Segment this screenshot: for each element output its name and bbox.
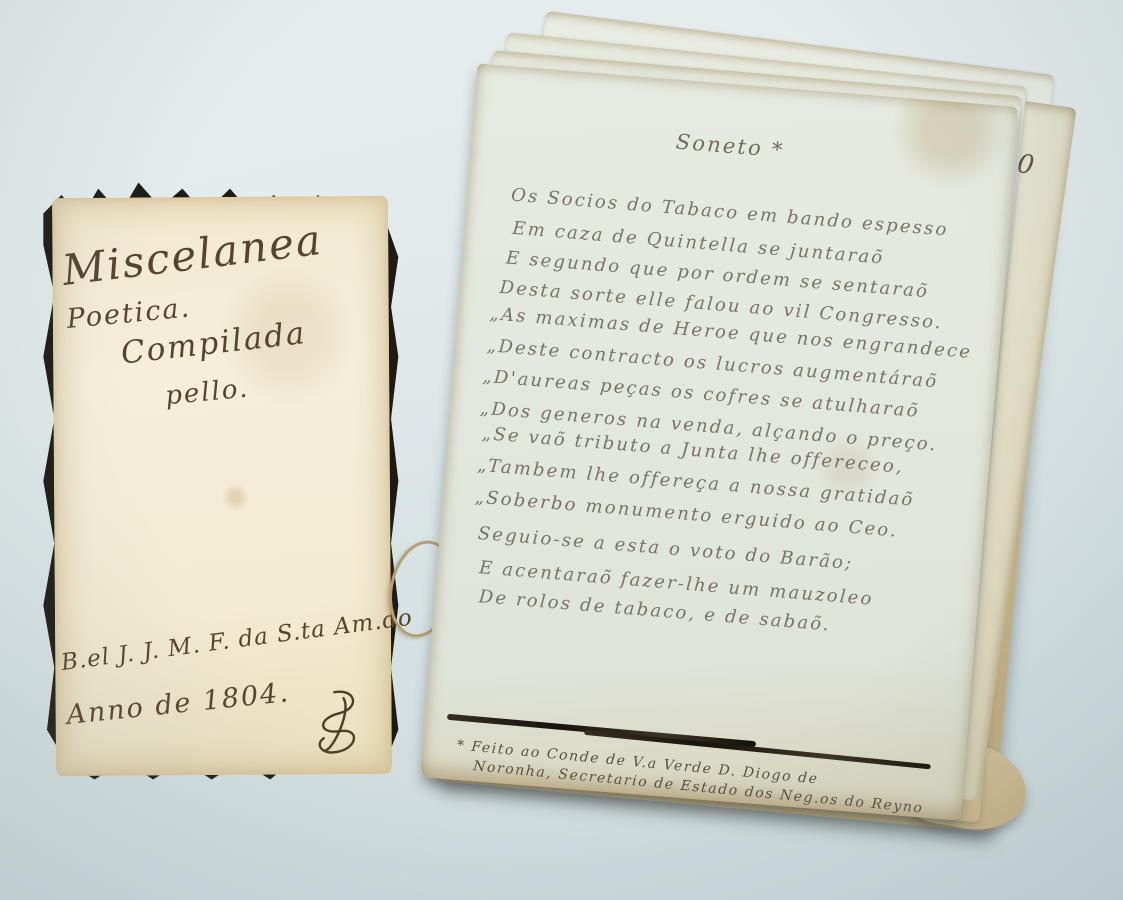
cover-title-line-1: Miscelanea bbox=[60, 215, 326, 295]
cover-title-line-2: Poetica. bbox=[65, 292, 192, 335]
cover-attribution-line: B.el J. J. M. F. da S.ta Am.do bbox=[60, 605, 415, 676]
sonnet-title: Soneto * bbox=[675, 130, 785, 163]
cover-card: Miscelanea Poetica. Compilada pello. B.e… bbox=[52, 196, 392, 776]
cover-title-line-4: pello. bbox=[164, 374, 251, 412]
sonnet-page: Soneto * Os Socios do Tabaco em bando es… bbox=[420, 63, 1018, 820]
photo-backdrop: Miscelanea Poetica. Compilada pello. B.e… bbox=[0, 0, 1123, 900]
cover-year-line: Anno de 1804. bbox=[65, 677, 291, 731]
signature-rubric bbox=[303, 688, 365, 756]
